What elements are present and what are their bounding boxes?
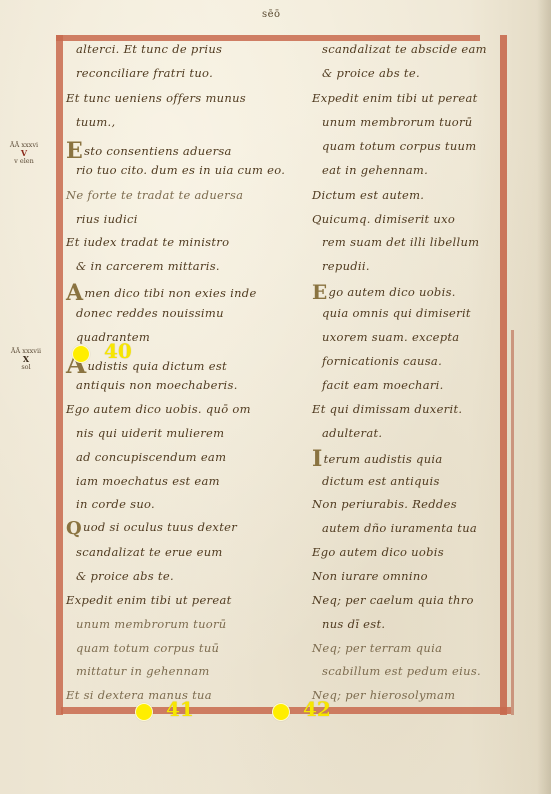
- text-line: mittatur in gehennam: [76, 664, 210, 678]
- text-line: reconciliare fratri tuo.: [76, 66, 213, 80]
- text-line: Ne forte te tradat te aduersa: [66, 188, 243, 202]
- margin-note-numeral: V: [2, 149, 46, 157]
- text-line: ad concupiscendum eam: [76, 450, 226, 464]
- decorated-initial: I: [312, 446, 323, 472]
- text-line: uxorem suam. excepta: [322, 330, 459, 344]
- text-line: tuum.,: [76, 115, 115, 129]
- text-line: scabillum est pedum eius.: [322, 664, 481, 678]
- marker-label-41: 41: [166, 697, 194, 721]
- margin-note-numeral: X: [2, 355, 50, 363]
- frame-border-right-outer: [511, 330, 514, 715]
- text-line: Non iurare omnino: [312, 569, 428, 583]
- text-line: fornicationis causa.: [322, 354, 442, 368]
- text-line: Expedit enim tibi ut pereat: [66, 593, 232, 607]
- text-line: Quod si oculus tuus dexter: [66, 518, 237, 539]
- text-line: Neq; per hierosolymam: [312, 688, 455, 702]
- text-line: & proice abs te.: [322, 66, 420, 80]
- text-line: Audistis quia dictum est: [66, 350, 227, 380]
- manuscript-page: sēō ĀĀ xxxvi V v elen ĀĀ xxxvii X sol al…: [0, 0, 551, 794]
- text-line: Ego autem dico uobis: [312, 545, 444, 559]
- text-line: nis qui uiderit mulierem: [76, 426, 224, 440]
- text-line: scandalizat te abscide eam: [322, 42, 487, 56]
- text-line: eat in gehennam.: [322, 163, 428, 177]
- text-line: Iterum audistis quia: [312, 446, 443, 472]
- text-line: unum membrorum tuorū: [76, 617, 227, 631]
- text-line: & in carcerem mittaris.: [76, 259, 220, 273]
- text-line: donec reddes nouissimu: [76, 306, 224, 320]
- decorated-initial: A: [66, 280, 83, 306]
- text-line: Et tunc ueniens offers munus: [66, 91, 246, 105]
- frame-border-top: [56, 35, 480, 41]
- text-line: scandalizat te erue eum: [76, 545, 223, 559]
- decorated-initial: Q: [66, 518, 82, 539]
- text-line: Et qui dimissam duxerit.: [312, 402, 462, 416]
- text-line: Esto consentiens aduersa: [66, 138, 232, 164]
- text-line: Quicumq. dimiserit uxo: [312, 212, 455, 226]
- decorated-initial: E: [312, 280, 328, 304]
- text-line: in corde suo.: [76, 497, 155, 511]
- marker-dot-41[interactable]: [135, 703, 153, 721]
- text-line: Expedit enim tibi ut pereat: [312, 91, 478, 105]
- text-line: unum membrorum tuorū: [322, 115, 473, 129]
- margin-note-canon-1: ĀĀ xxxvi V v elen: [2, 141, 46, 165]
- marker-dot-42[interactable]: [272, 703, 290, 721]
- text-line: rio tuo cito. dum es in uia cum eo.: [76, 163, 285, 177]
- marker-label-42: 42: [303, 697, 331, 721]
- marker-label-40: 40: [104, 339, 132, 363]
- text-line: Neq; per terram quia: [312, 641, 442, 655]
- text-line: adulterat.: [322, 426, 382, 440]
- margin-note-text: v elen: [2, 157, 46, 165]
- text-line: alterci. Et tunc de prius: [76, 42, 222, 56]
- decorated-initial: E: [66, 138, 83, 164]
- margin-note-canon-2: ĀĀ xxxvii X sol: [2, 347, 50, 371]
- text-line: Ego autem dico uobis.: [312, 280, 456, 304]
- frame-border-right: [500, 35, 507, 715]
- text-line: quam totum corpus tuū: [76, 641, 219, 655]
- text-line: nus dī est.: [322, 617, 385, 631]
- margin-note-text: sol: [2, 363, 50, 371]
- text-line: quia omnis qui dimiserit: [322, 306, 471, 320]
- text-line: rem suam det illi libellum: [322, 235, 479, 249]
- marker-dot-40[interactable]: [72, 345, 90, 363]
- text-line: iam moechatus est eam: [76, 474, 220, 488]
- frame-border-left: [56, 35, 63, 715]
- text-line: Non periurabis. Reddes: [312, 497, 457, 511]
- text-line: antiquis non moechaberis.: [76, 378, 238, 392]
- text-line: rius iudici: [76, 212, 138, 226]
- text-line: Amen dico tibi non exies inde: [66, 280, 257, 306]
- text-line: autem dño iuramenta tua: [322, 521, 477, 535]
- text-line: dictum est antiquis: [322, 474, 440, 488]
- text-line: facit eam moechari.: [322, 378, 444, 392]
- page-edge-shadow: [537, 0, 551, 794]
- text-line: Ego autem dico uobis. quō om: [66, 402, 251, 416]
- text-line: Dictum est autem.: [312, 188, 424, 202]
- text-line: & proice abs te.: [76, 569, 174, 583]
- text-line: Et iudex tradat te ministro: [66, 235, 229, 249]
- text-line: quam totum corpus tuum: [322, 139, 476, 153]
- text-line: Neq; per caelum quia thro: [312, 593, 474, 607]
- folio-header: sēō: [262, 9, 281, 20]
- text-line: repudii.: [322, 259, 370, 273]
